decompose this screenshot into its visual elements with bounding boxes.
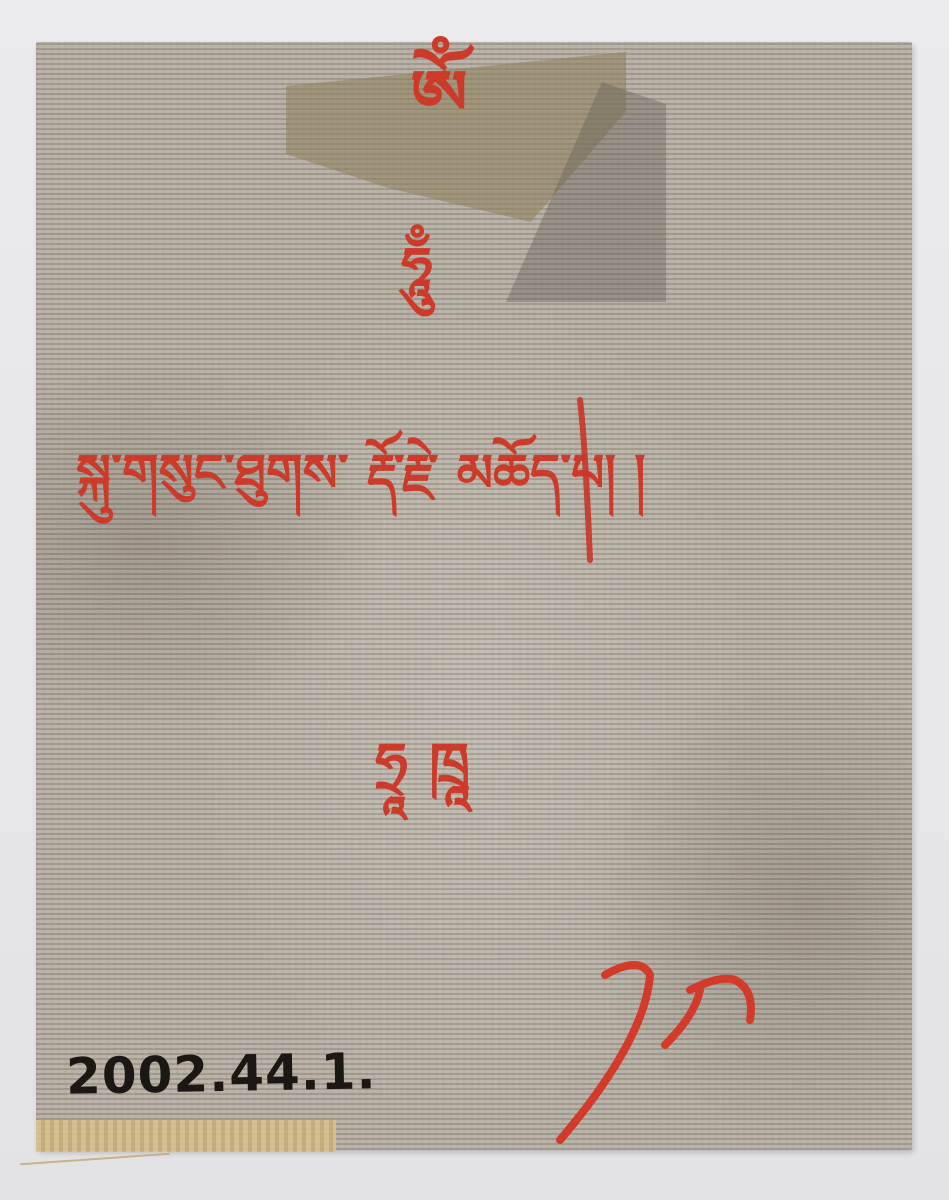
accession-number: 2002.44.1. [66,1042,377,1105]
red-corner-mark-icon [0,0,949,1200]
